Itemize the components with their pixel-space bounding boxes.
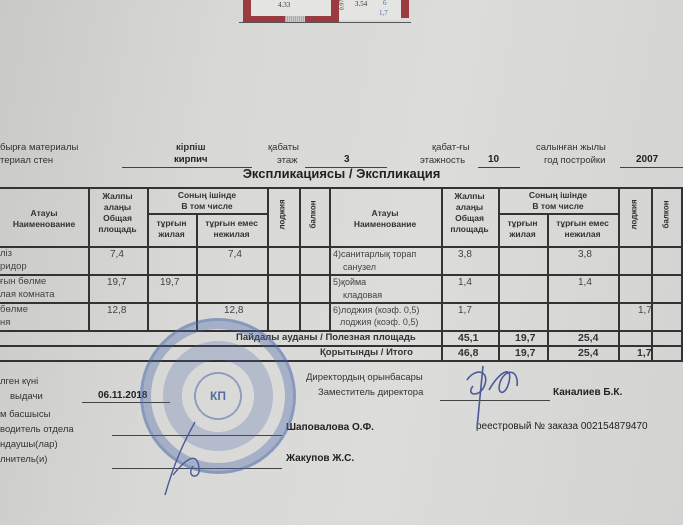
wall-material-label-kz: быpға материалы <box>0 142 78 153</box>
executor-signature <box>155 420 225 500</box>
issue-label-ru: выдачи <box>10 391 43 402</box>
head-label-kz: м басшысы <box>0 409 50 420</box>
year-label-ru: год постройки <box>544 155 605 166</box>
explication-title: Экспликациясы / Экспликация <box>0 166 683 181</box>
plan-dim-vertical: 0.97 <box>339 0 345 10</box>
th-loggia-right: лоджия <box>630 195 639 235</box>
th-loggia-left: лоджия <box>278 195 287 235</box>
deputy-signature <box>455 360 535 435</box>
th-balcony-left: балкон <box>309 195 318 235</box>
wall-material-label-ru: териал стен <box>0 155 53 166</box>
floors-value: 10 <box>488 154 499 165</box>
floor-value: 3 <box>344 154 350 165</box>
th-living-left: тұрғын жилая <box>147 218 196 240</box>
th-balcony-right: балкон <box>662 195 671 235</box>
year-value: 2007 <box>636 154 658 165</box>
th-total-left: Жалпы алаңы Общая площадь <box>88 191 147 235</box>
executor-label-ru: лнитель(и) <box>0 454 47 465</box>
plan-dim-room: 4.33 <box>278 1 290 9</box>
executor-label-kz: ндаушы(лар) <box>0 439 58 450</box>
plan-loggia-num: 6 <box>383 0 387 7</box>
floor-label-ru: этаж <box>277 155 298 166</box>
th-incl-right: Соның ішінде В том числе <box>498 190 618 212</box>
wall-material-value-kz: кірпіш <box>176 142 206 153</box>
th-total-right: Жалпы алаңы Общая площадь <box>441 191 498 235</box>
year-label-kz: салынған жылы <box>536 142 606 153</box>
wall-material-value-ru: кирпич <box>174 154 208 165</box>
th-name-right: Атауы Наименование <box>329 208 441 230</box>
issue-label-kz: лген күні <box>0 376 38 387</box>
deputy-label-kz: Директордың орынбасары <box>306 372 423 383</box>
floors-label-ru: этажность <box>420 155 465 166</box>
stamp-emblem: КП <box>210 389 226 403</box>
deputy-name: Каналиев Б.К. <box>553 387 622 398</box>
head-name: Шаповалова О.Ф. <box>286 422 374 433</box>
floor-label-kz: қабаты <box>268 142 299 153</box>
th-name-left: Атауы Наименование <box>0 208 88 230</box>
floors-label-kz: қабат-ғы <box>432 142 470 153</box>
th-living-right: тұрғын жилая <box>498 218 547 240</box>
th-nonliving-left: тұрғын емес нежилая <box>196 218 267 240</box>
floor-plan-fragment: 4.33 0.97 3.54 6 1,7 <box>243 0 411 24</box>
plan-dim-loggia: 3.54 <box>355 0 367 8</box>
plan-loggia-area: 1,7 <box>379 9 388 17</box>
executor-name: Жакупов Ж.С. <box>286 453 354 464</box>
head-label-ru: водитель отдела <box>0 424 74 435</box>
th-incl-left: Соның ішінде В том числе <box>147 190 267 212</box>
deputy-label-ru: Заместитель директора <box>318 387 423 398</box>
th-nonliving-right: тұрғын емес нежилая <box>547 218 618 240</box>
